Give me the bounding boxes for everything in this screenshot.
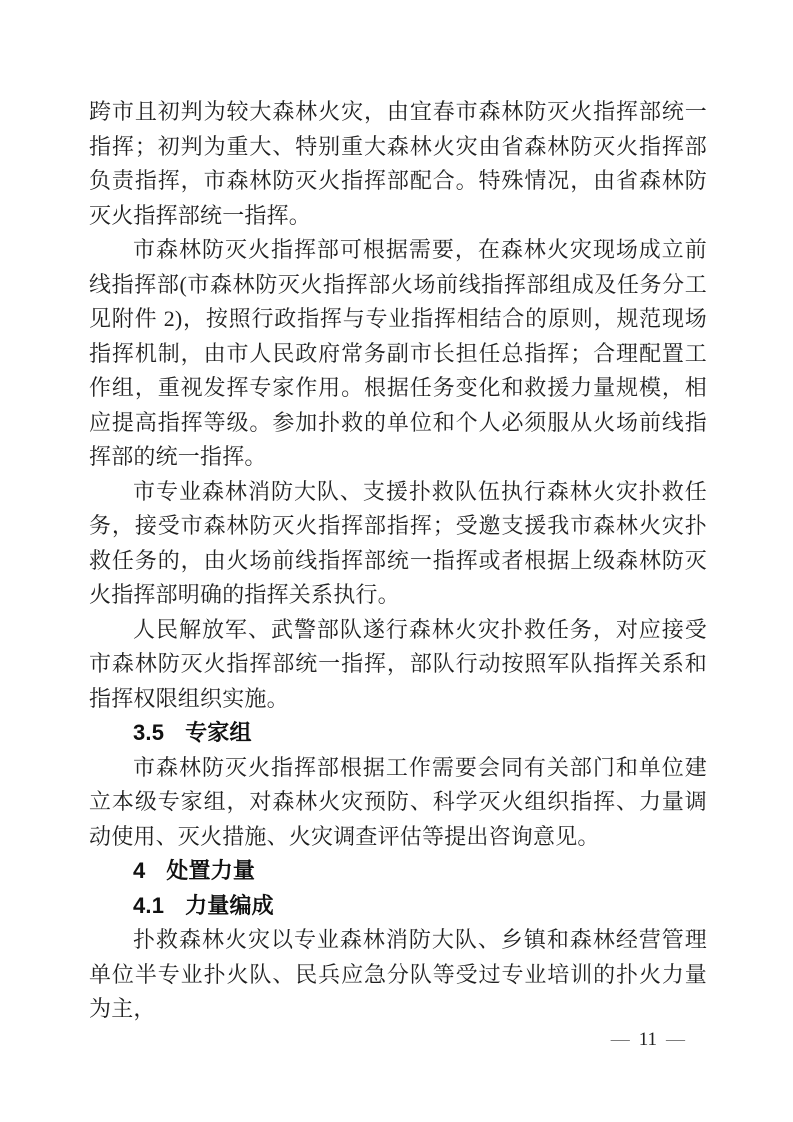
paragraph-pla-armed-police: 人民解放军、武警部队遂行森林火灾扑救任务，对应接受市森林防灭火指挥部统一指挥，部… [89,613,707,717]
footer-dash-left: — [611,1029,630,1051]
paragraph-expert-group-duties: 市森林防灭火指挥部根据工作需要会同有关部门和单位建立本级专家组，对森林火灾预防、… [89,751,707,855]
paragraph-frontline-command-post: 市森林防灭火指挥部可根据需要，在森林火灾现场成立前线指挥部(市森林防灭火指挥部火… [89,233,707,475]
heading-title: 处置力量 [166,858,255,883]
footer-dash-right: — [666,1029,685,1051]
heading-title: 专家组 [185,720,252,745]
heading-number: 3.5 [133,720,164,745]
paragraph-professional-fire-brigades: 市专业森林消防大队、支援扑救队伍执行森林火灾扑救任务，接受市森林防灭火指挥部指挥… [89,475,707,613]
section-heading-4-response-forces: 4处置力量 [89,854,707,889]
document-body: 跨市且初判为较大森林火灾，由宜春市森林防灭火指挥部统一指挥；初判为重大、特别重大… [89,95,707,1027]
paragraph-firefighting-force-composition: 扑救森林火灾以专业森林消防大队、乡镇和森林经营管理单位半专业扑火队、民兵应急分队… [89,923,707,1027]
section-heading-4-1-force-composition: 4.1力量编成 [89,889,707,924]
section-heading-3-5-expert-group: 3.5专家组 [89,716,707,751]
heading-number: 4.1 [133,893,164,918]
heading-number: 4 [133,858,145,883]
footer-page-number: 11 [639,1029,657,1051]
heading-title: 力量编成 [185,893,274,918]
page-number-footer: — 11 — [611,1029,685,1051]
paragraph-command-structure-continuation: 跨市且初判为较大森林火灾，由宜春市森林防灭火指挥部统一指挥；初判为重大、特别重大… [89,95,707,233]
document-page: 跨市且初判为较大森林火灾，由宜春市森林防灭火指挥部统一指挥；初判为重大、特别重大… [0,0,793,1122]
